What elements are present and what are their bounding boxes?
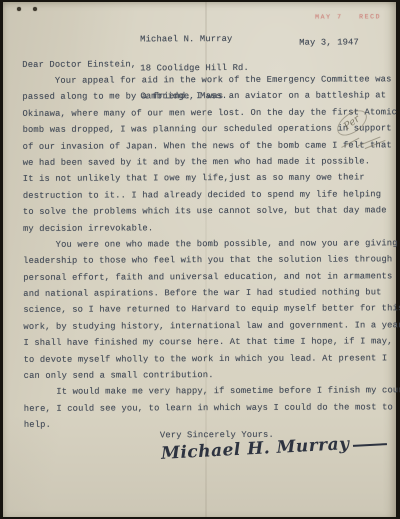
body-line: Your appeal for aid in the work of the E… bbox=[22, 71, 400, 89]
body-line: and national aspirations. Before the war… bbox=[23, 284, 400, 302]
body-line: I shall have finished my course here. At… bbox=[23, 333, 400, 351]
pencil-note-text: Per bbox=[342, 114, 362, 133]
body-line: It is not unlikely that I owe my life,ju… bbox=[23, 170, 400, 188]
received-date-stamp: MAY 7 RECD bbox=[315, 13, 381, 20]
scanned-letter-page: { "letter": { "sender": { "name": "Micha… bbox=[0, 0, 400, 519]
sender-name: Michael N. Murray bbox=[140, 35, 249, 45]
signature-flourish bbox=[352, 443, 386, 447]
body-line: personal effort, faith and universal edu… bbox=[23, 268, 400, 286]
body-line: we had been saved by it and by the men w… bbox=[23, 153, 400, 171]
body-line: my decision irrevokable. bbox=[23, 219, 400, 237]
body-line: here, I could see you, to learn in which… bbox=[24, 399, 400, 417]
body-line: destruction to it.. I had already decide… bbox=[23, 186, 400, 204]
body-line: passed along to me by a friend. I was an… bbox=[22, 88, 400, 106]
body-line: science, so I have returned to Harvard t… bbox=[23, 301, 400, 319]
body-line: It would make me very happy, if sometime… bbox=[24, 383, 400, 401]
letter-paper: Michael N. Murray 18 Coolidge Hill Rd. C… bbox=[3, 2, 396, 517]
body-line: work, by studying history, international… bbox=[23, 317, 400, 335]
body-line: to solve the problems which its use cann… bbox=[23, 202, 400, 220]
body-line: can only send a small contribution. bbox=[24, 366, 400, 384]
salutation: Dear Doctor Einstein, bbox=[22, 59, 136, 69]
pencil-scribble bbox=[358, 136, 381, 146]
body-line: leadership to those who feel with you th… bbox=[23, 252, 400, 270]
letter-date: May 3, 1947 bbox=[299, 37, 359, 47]
body-line: to devote myself wholly to the work in w… bbox=[24, 350, 400, 368]
body-line: You were one who made the bomb possible,… bbox=[23, 235, 400, 253]
